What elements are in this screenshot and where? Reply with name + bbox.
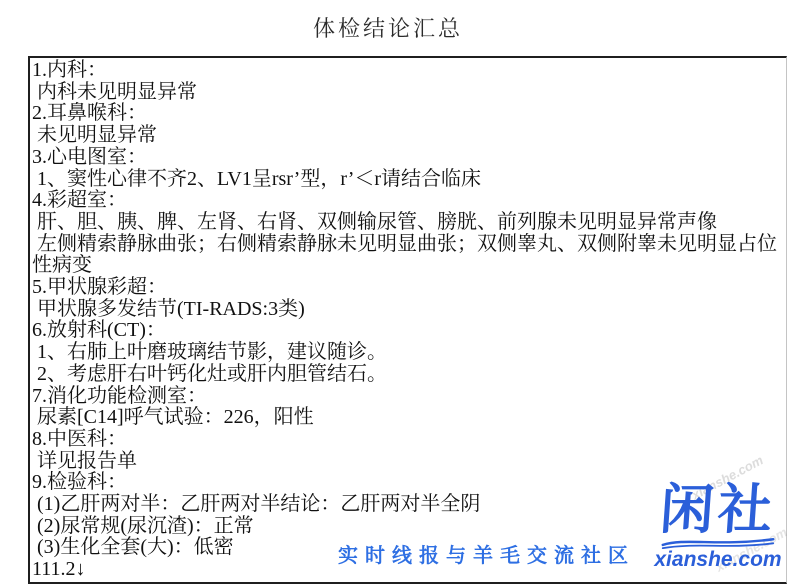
report-line: 2.耳鼻喉科： <box>32 103 786 125</box>
report-line: 甲状腺多发结节(TI-RADS:3类) <box>32 299 786 321</box>
report-line: 1、右肺上叶磨玻璃结节影，建议随诊。 <box>32 342 786 364</box>
report-line: 1、窦性心律不齐2、LV1呈rsr’型，r’＜r请结合临床 <box>32 169 786 191</box>
logo-domain: xianshe.com <box>648 548 788 572</box>
report-line: 内科未见明显异常 <box>32 82 786 104</box>
logo-text: 闲社 <box>646 480 788 540</box>
report-line: 2、考虑肝右叶钙化灶或肝内胆管结石。 <box>32 364 786 386</box>
report-line: 尿素[C14]呼气试验：226，阳性 <box>32 407 786 429</box>
report-line: 3.心电图室： <box>32 147 786 169</box>
report-line: 8.中医科： <box>32 429 786 451</box>
report-page: 体检结论汇总 1.内科： 内科未见明显异常2.耳鼻喉科： 未见明显异常3.心电图… <box>0 0 788 586</box>
report-line: 6.放射科(CT)： <box>32 320 786 342</box>
report-line: 性病变 <box>32 255 786 277</box>
report-line: 未见明显异常 <box>32 125 786 147</box>
page-title: 体检结论汇总 <box>0 12 776 43</box>
report-line: 7.消化功能检测室： <box>32 386 786 408</box>
report-line: 肝、胆、胰、脾、左肾、右肾、双侧输尿管、膀胱、前列腺未见明显异常声像 <box>32 212 786 234</box>
report-line: 4.彩超室： <box>32 190 786 212</box>
report-line: 5.甲状腺彩超： <box>32 277 786 299</box>
watermark-tagline: 实时线报与羊毛交流社区 <box>338 539 635 568</box>
report-line: 1.内科： <box>32 60 786 82</box>
report-line: 详见报告单 <box>32 451 786 473</box>
site-logo: 闲社 xianshe.com <box>648 480 788 572</box>
report-line: 左侧精索静脉曲张；右侧精索静脉未见明显曲张；双侧睾丸、双侧附睾未见明显占位 <box>32 234 786 256</box>
